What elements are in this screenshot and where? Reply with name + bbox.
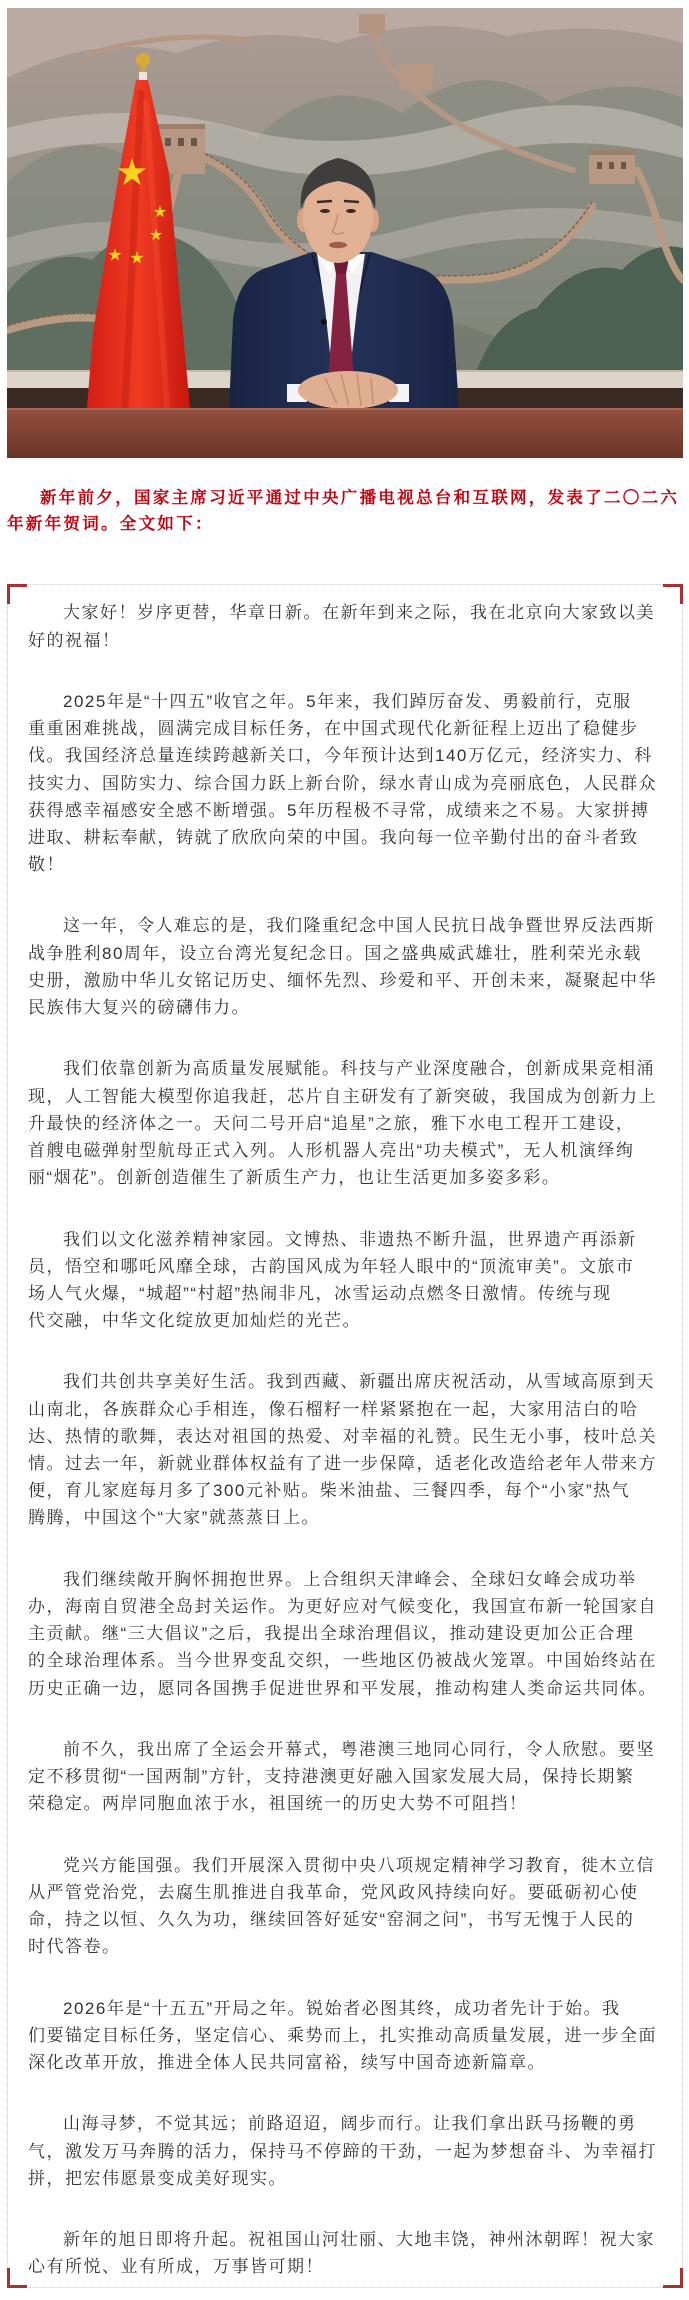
paragraph: 我们共创共享美好生活。我到西藏、新疆出席庆祝活动，从雪域高原到天 山南北，各族群…: [28, 1368, 661, 1531]
paragraph: 山海寻梦，不觉其远；前路迢迢，阔步而行。让我们拿出跃马扬鞭的勇 气，激发万马奔腾…: [28, 2110, 661, 2192]
article-photo: [7, 8, 683, 458]
text-line: 定不移贯彻“一国两制”方针，支持港澳更好融入国家发展大局，保持长期繁: [28, 1763, 661, 1790]
text-line: 气，激发万马奔腾的活力，保持马不停蹄的干劲，一起为梦想奋斗、为幸福打: [28, 2138, 661, 2165]
text-line: 新年的旭日即将升起。祝祖国山河壮丽、大地丰饶，神州沐朝晖！祝大家: [28, 2226, 661, 2253]
text-line: 代交融，中华文化绽放更加灿烂的光芒。: [28, 1307, 661, 1334]
text-line: 2026年是“十五五”开局之年。锐始者必图其终，成功者先计于始。我: [28, 1995, 661, 2022]
article-intro: 新年前夕，国家主席习近平通过中央广播电视总台和互联网，发表了二〇二六 年新年贺词…: [7, 486, 683, 537]
text-line: 我们继续敞开胸怀拥抱世界。上合组织天津峰会、全球妇女峰会成功举: [28, 1566, 661, 1593]
text-line: 伐。我国经济总量连续跨越新关口，今年预计达到140万亿元，经济实力、科: [28, 742, 661, 769]
paragraph: 新年的旭日即将升起。祝祖国山河壮丽、大地丰饶，神州沐朝晖！祝大家 心有所悦、业有…: [28, 2226, 661, 2280]
paragraph: 这一年，令人难忘的是，我们隆重纪念中国人民抗日战争暨世界反法西斯 战争胜利80周…: [28, 912, 661, 1021]
text-line: 重重困难挑战，圆满完成目标任务，在中国式现代化新征程上迈出了稳健步: [28, 715, 661, 742]
text-line: 敬！: [28, 851, 661, 878]
text-line: 2025年是“十四五”收官之年。5年来，我们踔厉奋发、勇毅前行，克服: [28, 688, 661, 715]
text-line: 荣稳定。两岸同胞血浓于水，祖国统一的历史大势不可阻挡！: [28, 1790, 661, 1817]
text-line: 大家好！岁序更替，华章日新。在新年到来之际，我在北京向大家致以美: [28, 599, 661, 626]
text-line: 好的祝福！: [28, 627, 661, 654]
text-line: 党兴方能国强。我们开展深入贯彻中央八项规定精神学习教育，徙木立信: [28, 1852, 661, 1879]
corner-bracket-top-left: [7, 584, 27, 604]
text-line: 拼，把宏伟愿景变成美好现实。: [28, 2165, 661, 2192]
paragraph: 2025年是“十四五”收官之年。5年来，我们踔厉奋发、勇毅前行，克服 重重困难挑…: [28, 688, 661, 878]
text-line: 战争胜利80周年，设立台湾光复纪念日。国之盛典威武雄壮，胜利荣光永载: [28, 940, 661, 967]
text-line: 我们以文化滋养精神家园。文博热、非遗热不断升温，世界遗产再添新: [28, 1226, 661, 1253]
text-line: 山南北，各族群众心手相连，像石榴籽一样紧紧抱在一起，大家用洁白的哈: [28, 1396, 661, 1423]
intro-line: 年新年贺词。全文如下：: [7, 512, 683, 538]
text-line: 获得感幸福感安全感不断增强。5年历程极不寻常，成绩来之不易。大家拼搏: [28, 797, 661, 824]
text-line: 这一年，令人难忘的是，我们隆重纪念中国人民抗日战争暨世界反法西斯: [28, 912, 661, 939]
text-line: 命，持之以恒、久久为功，继续回答好延安“窑洞之问”，书写无愧于人民的: [28, 1906, 661, 1933]
text-line: 前不久，我出席了全运会开幕式，粤港澳三地同心同行，令人欣慰。要坚: [28, 1736, 661, 1763]
text-line: 史册，激励中华儿女铭记历史、缅怀先烈、珍爱和平、开创未来，凝聚起中华: [28, 967, 661, 994]
desk: [7, 408, 683, 458]
article-body-box: 大家好！岁序更替，华章日新。在新年到来之际，我在北京向大家致以美 好的祝福！ 2…: [7, 584, 683, 2288]
text-line: 员，悟空和哪吒风靡全球，古韵国风成为年轻人眼中的“顶流审美”。文旅市: [28, 1253, 661, 1280]
text-line: 办，海南自贸港全岛封关运作。为更好应对气候变化，我国宣布新一轮国家自: [28, 1593, 661, 1620]
corner-bracket-bottom-left: [7, 2268, 27, 2288]
paragraph: 2026年是“十五五”开局之年。锐始者必图其终，成功者先计于始。我 们要锚定目标…: [28, 1995, 661, 2077]
paragraph: 我们以文化滋养精神家园。文博热、非遗热不断升温，世界遗产再添新 员，悟空和哪吒风…: [28, 1226, 661, 1335]
paragraph: 前不久，我出席了全运会开幕式，粤港澳三地同心同行，令人欣慰。要坚 定不移贯彻“一…: [28, 1736, 661, 1818]
text-line: 深化改革开放，推进全体人民共同富裕，续写中国奇迹新篇章。: [28, 2049, 661, 2076]
text-line: 首艘电磁弹射型航母正式入列。人形机器人亮出“功夫模式”，无人机演绎绚: [28, 1137, 661, 1164]
paragraph: 我们依靠创新为高质量发展赋能。科技与产业深度融合，创新成果竞相涌 现，人工智能大…: [28, 1055, 661, 1191]
text-line: 时代答卷。: [28, 1933, 661, 1960]
text-line: 的全球治理体系。当今世界变乱交织，一些地区仍被战火笼罩。中国始终站在: [28, 1647, 661, 1674]
text-line: 场人气火爆，“城超”“村超”热闹非凡，冰雪运动点燃冬日激情。传统与现: [28, 1280, 661, 1307]
text-line: 腾腾，中国这个“大家”就蒸蒸日上。: [28, 1504, 661, 1531]
text-line: 心有所悦、业有所成，万事皆可期！: [28, 2253, 661, 2280]
corner-bracket-top-right: [663, 584, 683, 604]
text-line: 山海寻梦，不觉其远；前路迢迢，阔步而行。让我们拿出跃马扬鞭的勇: [28, 2110, 661, 2137]
text-line: 从严管党治党，去腐生肌推进自我革命，党风政风持续向好。要砥砺初心使: [28, 1879, 661, 1906]
text-line: 现，人工智能大模型你追我赶，芯片自主研发有了新突破，我国成为创新力上: [28, 1083, 661, 1110]
text-line: 进取、耕耘奉献，铸就了欣欣向荣的中国。我向每一位辛勤付出的奋斗者致: [28, 824, 661, 851]
text-line: 便，育儿家庭每月多了300元补贴。柴米油盐、三餐四季，每个“小家”热气: [28, 1477, 661, 1504]
intro-line: 新年前夕，国家主席习近平通过中央广播电视总台和互联网，发表了二〇二六: [7, 486, 683, 512]
text-line: 丽“烟花”。创新创造催生了新质生产力，也让生活更加多姿多彩。: [28, 1164, 661, 1191]
text-line: 情。过去一年，新就业群体权益有了进一步保障，适老化改造给老年人带来方: [28, 1450, 661, 1477]
text-line: 达、热情的歌舞，表达对祖国的热爱、对幸福的礼赞。民生无小事，枝叶总关: [28, 1423, 661, 1450]
text-line: 民族伟大复兴的磅礴伟力。: [28, 994, 661, 1021]
text-line: 技实力、国防实力、综合国力跃上新台阶，绿水青山成为亮丽底色，人民群众: [28, 770, 661, 797]
paragraph: 大家好！岁序更替，华章日新。在新年到来之际，我在北京向大家致以美 好的祝福！: [28, 599, 661, 653]
text-line: 历史正确一边，愿同各国携手促进世界和平发展，推动构建人类命运共同体。: [28, 1675, 661, 1702]
corner-bracket-bottom-right: [663, 2268, 683, 2288]
text-line: 们要锚定目标任务，坚定信心、乘势而上，扎实推动高质量发展，进一步全面: [28, 2022, 661, 2049]
text-line: 升最快的经济体之一。天问二号开启“追星”之旅，雅下水电工程开工建设，: [28, 1110, 661, 1137]
text-line: 主贡献。继“三大倡议”之后，我提出全球治理倡议，推动建设更加公正合理: [28, 1620, 661, 1647]
text-line: 我们共创共享美好生活。我到西藏、新疆出席庆祝活动，从雪域高原到天: [28, 1368, 661, 1395]
paragraph: 党兴方能国强。我们开展深入贯彻中央八项规定精神学习教育，徙木立信 从严管党治党，…: [28, 1852, 661, 1961]
paragraph: 我们继续敞开胸怀拥抱世界。上合组织天津峰会、全球妇女峰会成功举 办，海南自贸港全…: [28, 1566, 661, 1702]
text-line: 我们依靠创新为高质量发展赋能。科技与产业深度融合，创新成果竞相涌: [28, 1055, 661, 1082]
